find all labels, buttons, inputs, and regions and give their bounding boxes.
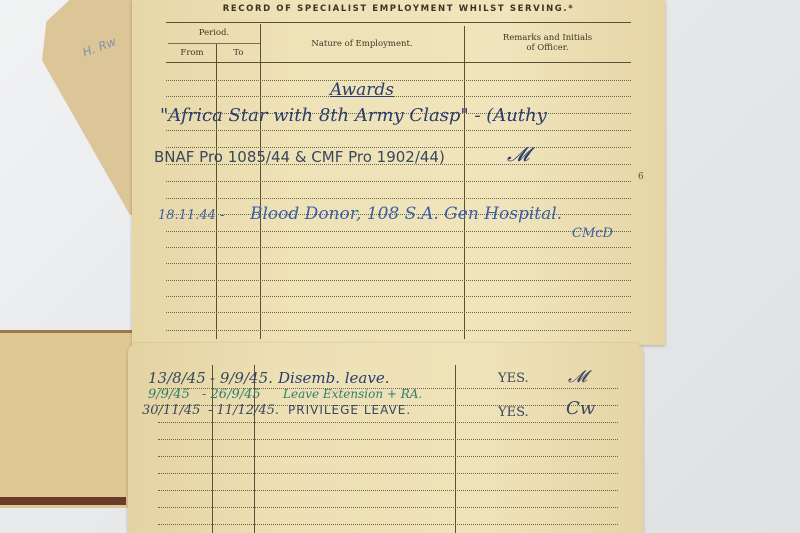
entry-nature: PRIVILEGE LEAVE. [288, 403, 411, 417]
blood-donor-date: 18.11.44 - [158, 208, 224, 223]
lower-page: 13/8/45 - 9/9/45. Disemb. leave. YES. 𝓜 … [128, 343, 643, 533]
entry-to: - 26/9/45 [202, 387, 261, 402]
entry-nature: Leave Extension + RA. [283, 387, 422, 401]
awards-heading: Awards [330, 80, 394, 100]
entry-initials: 𝓜 [568, 367, 587, 387]
col-from-to-divider [216, 44, 217, 339]
entry-from: 13/8/45 [148, 369, 206, 387]
header-top-rule [166, 22, 631, 23]
col-nature-divider [464, 26, 465, 339]
cover-stripe [0, 497, 126, 505]
entry-remarks: YES. [498, 405, 529, 420]
page-title: RECORD OF SPECIALIST EMPLOYMENT WHILST S… [132, 4, 665, 14]
header-to: To [217, 48, 260, 58]
upper-page: RECORD OF SPECIALIST EMPLOYMENT WHILST S… [132, 0, 665, 345]
award-line-1: "Africa Star with 8th Army Clasp" - (Aut… [160, 105, 547, 126]
header-remarks-1: Remarks and Initials [464, 33, 631, 43]
header-remarks-2: of Officer. [464, 43, 631, 53]
entry-nature: Disemb. leave. [278, 369, 390, 387]
header-period: Period. [168, 28, 260, 38]
header-nature: Nature of Employment. [260, 39, 464, 49]
entry-from: 9/9/45 [148, 387, 190, 402]
entry-to: - 11/12/45. [208, 403, 279, 418]
header-bottom-rule [166, 62, 631, 63]
entry-to: - 9/9/45. [210, 369, 273, 387]
page-marker: 6 [638, 172, 644, 182]
header-from: From [168, 48, 216, 58]
entry-from: 30/11/45 [142, 403, 200, 418]
entry-initials: Cw [566, 398, 595, 419]
officer-initials-awards: 𝓜 [507, 142, 529, 166]
award-line-2: BNAF Pro 1085/44 & CMF Pro 1902/44) [154, 148, 445, 166]
entry-remarks: YES. [498, 371, 529, 386]
officer-initials-blood-donor: CMcD [572, 226, 613, 241]
left-book-edge [0, 330, 140, 508]
blood-donor-nature: Blood Donor, 108 S.A. Gen Hospital. [250, 204, 562, 224]
period-divider [168, 43, 260, 44]
